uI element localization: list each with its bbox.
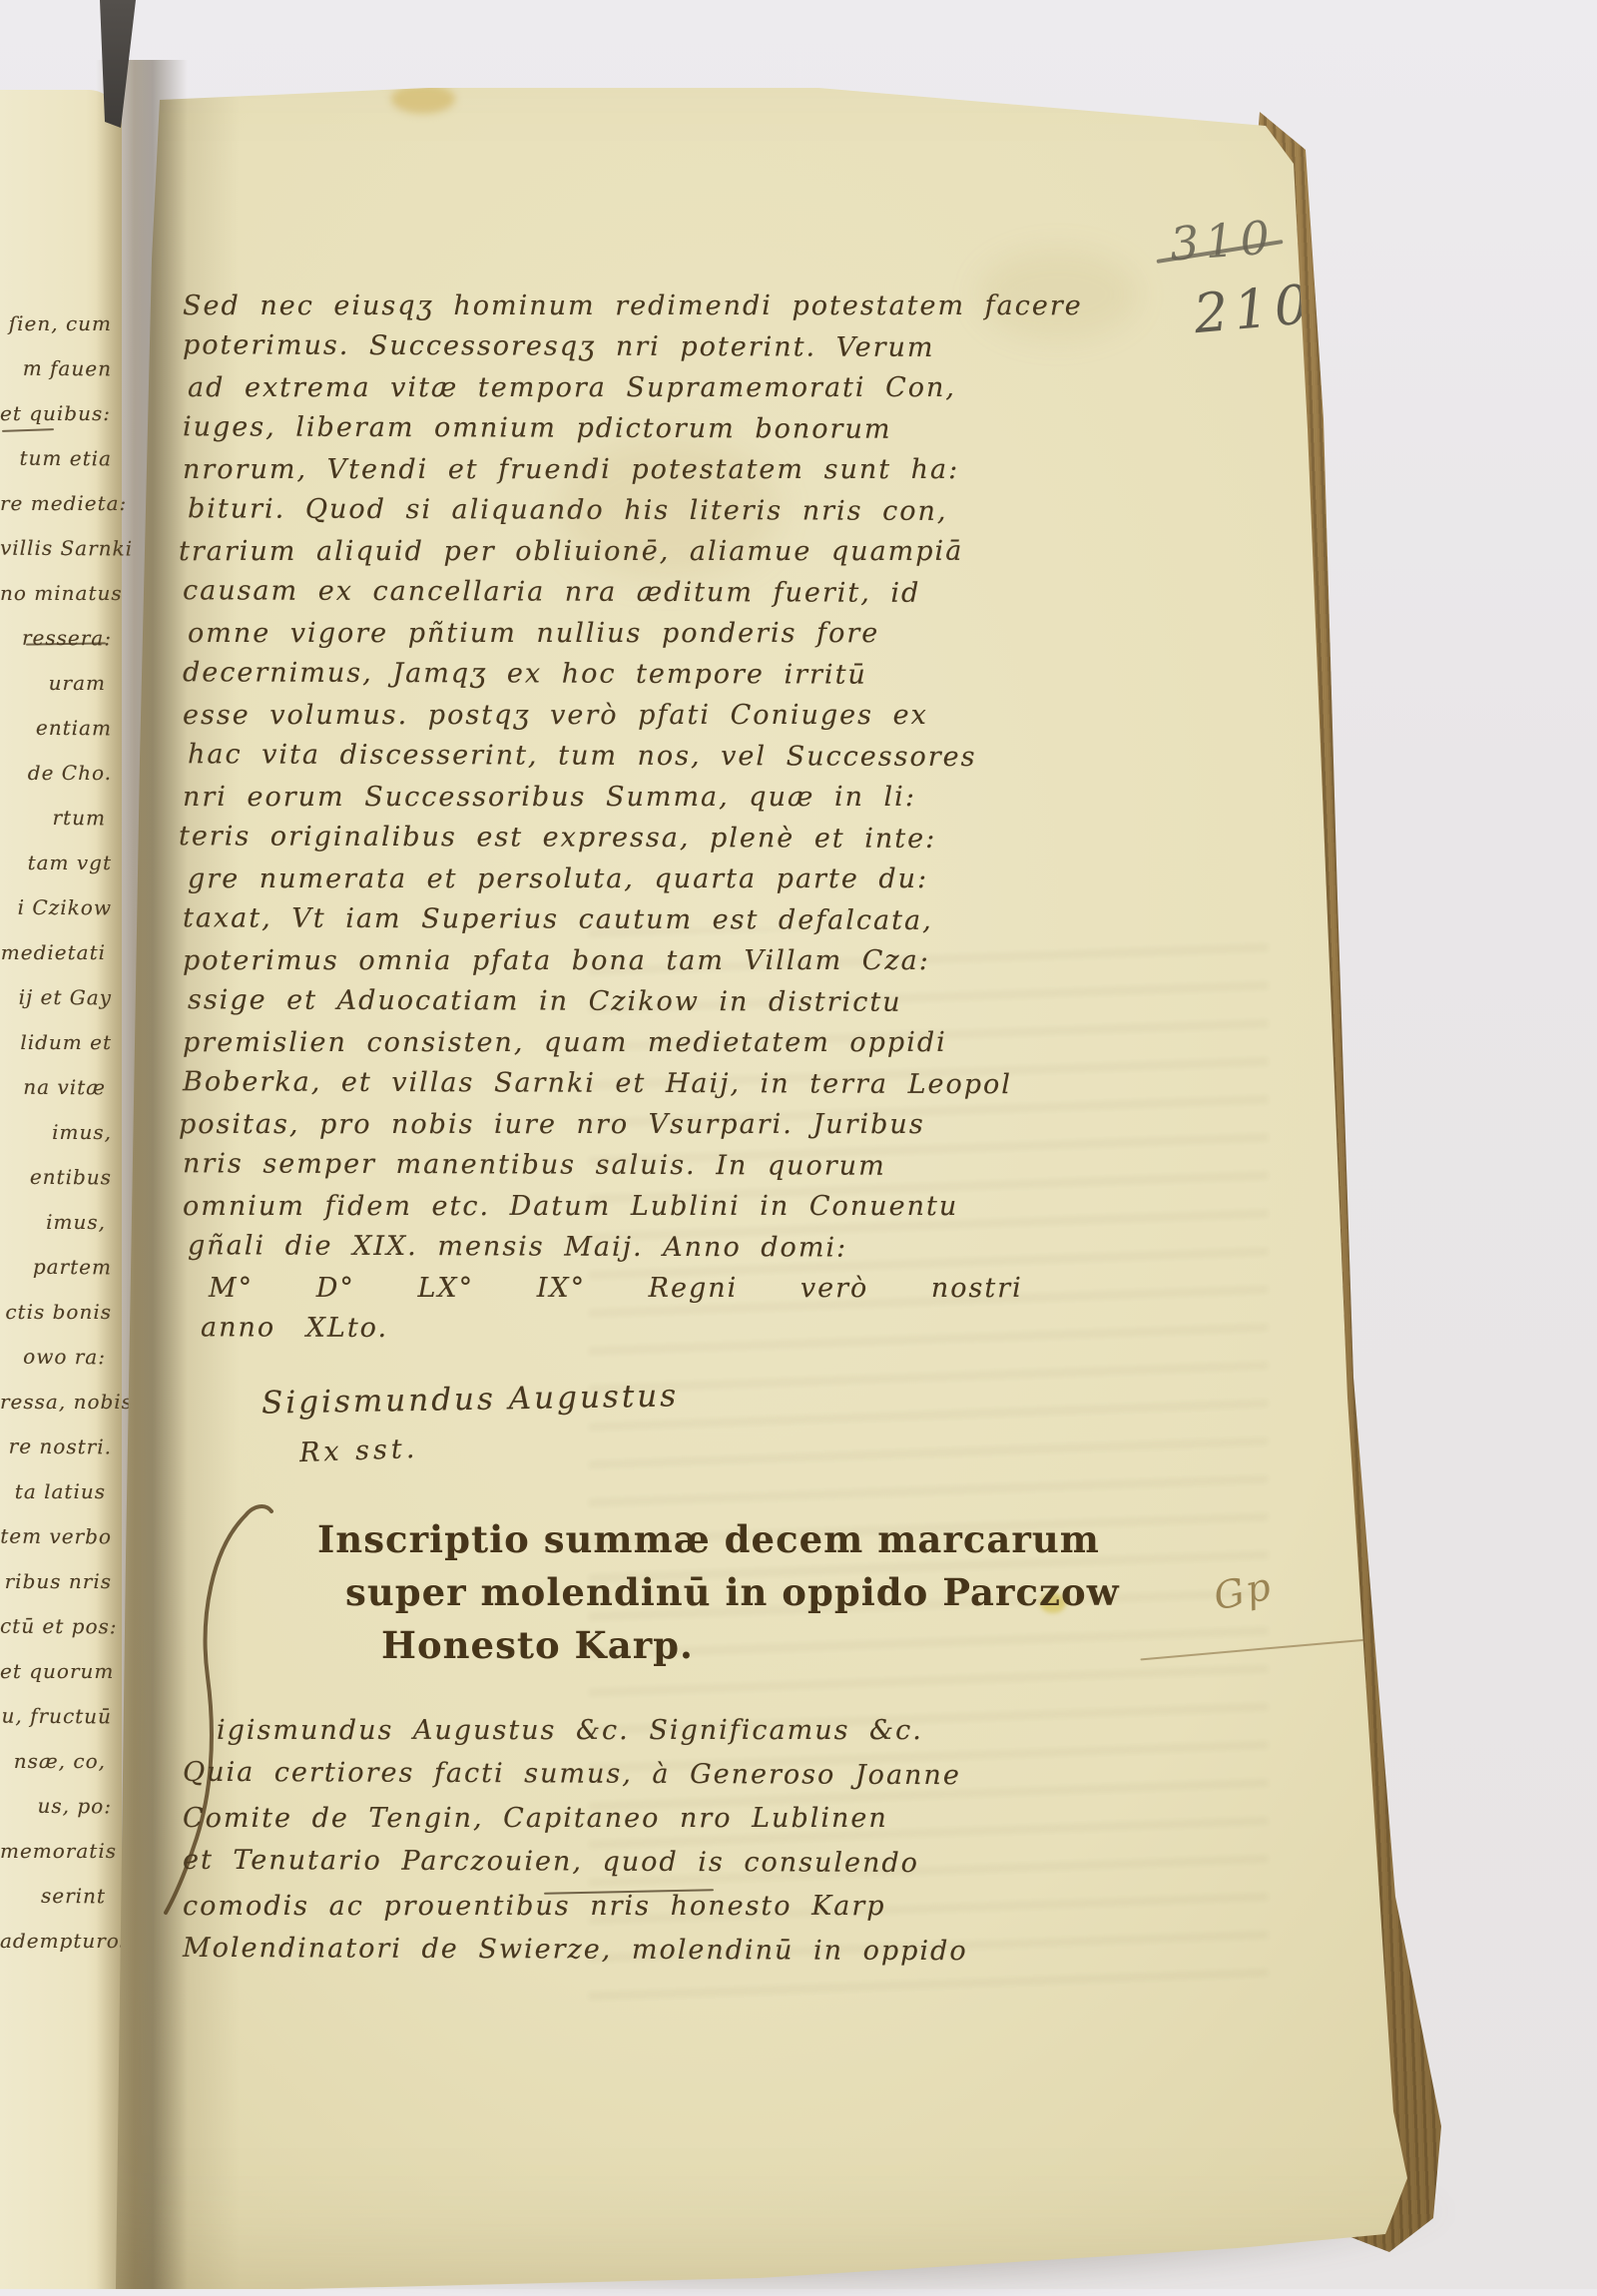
manuscript-photo: ſien, cumm fauenet quibus:tum etiare med…: [0, 0, 1597, 2289]
facing-page-fragment-32: u, fructuū: [0, 1694, 112, 1740]
entry1-line-23: omnium fidem etc. Datum Lublini in Conue…: [183, 1186, 1161, 1227]
entry2-heading-line-1: Inscriptio summæ decem marcarum: [317, 1513, 1120, 1566]
facing-page-fragment-18: na vitæ: [0, 1065, 112, 1111]
facing-page-fragment-14: i Czikow: [0, 885, 112, 931]
facing-page-fragment-31: et quorum: [0, 1649, 112, 1694]
facing-page-fragment-7: no minatus: [0, 571, 112, 616]
facing-page-fragment-23: ctis bonis: [0, 1290, 112, 1335]
entry1-line-13: nri eorum Successoribus Summa, quæ in li…: [183, 777, 1161, 818]
facing-page-fragment-2: m fauen: [0, 346, 112, 392]
entry1-line-17: poterimus omnia pfata bona tam Villam Cz…: [183, 940, 1161, 981]
facing-page-fragment-34: us, po:: [0, 1784, 112, 1830]
entry2-line-4: et Tenutario Parczouien, quod is consule…: [183, 1839, 1181, 1887]
facing-page-fragment-13: tam vgt: [0, 841, 112, 885]
entry1-line-11: esse volumus. postqʒ verò pfati Coniuges…: [183, 695, 1161, 736]
facing-page-fragment-6: villis Sarnki: [0, 526, 112, 572]
entry1-line-19: premislien consisten, quam medietatem op…: [183, 1022, 1161, 1063]
facing-page-fragment-29: ribus nris: [0, 1559, 112, 1604]
facing-page-fragment-10: entiam: [0, 706, 112, 752]
entry1-line-25: M° D° LX° IX° Regni verò nostri: [209, 1268, 1161, 1309]
entry1-line-24: gñali die XIX. mensis Maij. Anno domi:: [188, 1225, 1161, 1269]
facing-page-fragment-25: ressa, nobis: [0, 1380, 112, 1425]
facing-page-fragment-35: memoratis: [0, 1829, 112, 1874]
facing-page-fragment-36: serint: [0, 1874, 112, 1920]
facing-page-fragment-15: medietati: [0, 930, 112, 975]
facing-page-fragment-9: uram: [0, 661, 112, 706]
entry1-line-15: gre numerata et persoluta, quarta parte …: [188, 859, 1161, 899]
facing-page-fragment-22: partem: [0, 1245, 112, 1291]
facing-page-fragment-16: ij et Gay: [0, 975, 112, 1021]
entry1-line-2: poterimus. Successoresqʒ nri poterint. V…: [183, 324, 1161, 368]
entry2-line-2: Quia certiores facti sumus, à Generoso J…: [183, 1751, 1181, 1799]
facing-page-fragment-12: rtum: [0, 796, 112, 842]
entry1-line-9: omne vigore pñtium nullius ponderis fore: [188, 613, 1161, 654]
entry2-line-1: igismundus Augustus &c. Significamus &c.: [217, 1709, 1181, 1753]
entry2-line-6: Molendinatori de Swierze, molendinū in o…: [183, 1927, 1181, 1975]
entry1-line-14: teris originalibus est expressa, plenè e…: [179, 816, 1161, 860]
entry1-line-10: decernimus, Jamqʒ ex hoc tempore irritū: [183, 652, 1161, 696]
facing-page-fragment-33: nsæ, co,: [0, 1739, 112, 1784]
entry2-line-3: Comite de Tengin, Capitaneo nro Lublinen: [183, 1797, 1181, 1841]
royal-signature: Sigismundus Augustus: [262, 1378, 680, 1421]
facing-page-fragment-26: re nostri.: [0, 1425, 112, 1470]
entry1-line-20: Boberka, et villas Sarnki et Haij, in te…: [183, 1061, 1161, 1105]
entry1-line-21: positas, pro nobis iure nro Vsurpari. Ju…: [179, 1104, 1161, 1145]
entry2-heading-line-3: Honesto Karp.: [381, 1619, 1120, 1672]
facing-page-fragment-30: ctū et pos:: [0, 1604, 112, 1650]
facing-page-fragment-17: lidum et: [0, 1020, 112, 1065]
facing-page-fragment-4: tum etia: [0, 436, 112, 482]
manuscript-page: 310 210 Sed nec eiusqʒ hominum redimendi…: [0, 0, 1597, 2289]
facing-page-sliver: ſien, cumm fauenet quibus:tum etiare med…: [0, 90, 122, 2289]
facing-page-fragment-28: tem verbo: [0, 1514, 112, 1560]
signature-subscript: Rx sst.: [298, 1434, 418, 1468]
entry1-line-12: hac vita discesserint, tum nos, vel Succ…: [188, 734, 1161, 778]
page-stain: [391, 84, 455, 114]
entry2-heading: Inscriptio summæ decem marcarumsuper mol…: [317, 1513, 1120, 1672]
entry1-line-8: causam ex cancellaria nra æditum fuerit,…: [183, 570, 1161, 614]
old-folio-number: 310: [1168, 210, 1277, 271]
facing-page-fragment-20: entibus: [0, 1155, 112, 1201]
entry1-line-4: iuges, liberam omnium pdictorum bonorum: [183, 406, 1161, 450]
facing-page-fragment-21: imus,: [0, 1200, 112, 1245]
entry1-line-26: anno XLto.: [201, 1307, 1161, 1351]
entry1-line-5: nrorum, Vtendi et fruendi potestatem sun…: [183, 449, 1161, 490]
entry1-line-18: ssige et Aduocatiam in Czikow in distric…: [188, 979, 1161, 1023]
entry2-body-text: igismundus Augustus &c. Significamus &c.…: [183, 1709, 1181, 1973]
entry1-line-16: taxat, Vt iam Superius cautum est defalc…: [183, 897, 1161, 941]
facing-page-fragment-11: de Cho.: [0, 751, 112, 796]
facing-page-fragment-24: owo ra:: [0, 1335, 112, 1381]
entry1-line-3: ad extrema vitæ tempora Supramemorati Co…: [188, 367, 1161, 408]
entry1-line-7: trarium aliquid per obliuionē, aliamue q…: [179, 531, 1161, 572]
entry1-body-text: Sed nec eiusqʒ hominum redimendi potesta…: [183, 286, 1161, 1350]
facing-page-fragment-8: ressera:: [0, 616, 112, 662]
facing-page-fragment-27: ta latius: [0, 1469, 112, 1514]
facing-page-text-fragments: ſien, cumm fauenet quibus:tum etiare med…: [0, 301, 112, 1964]
facing-page-fragment-1: ſien, cum: [0, 301, 112, 346]
folio-number: 210: [1191, 273, 1317, 345]
facing-page-fragment-5: re medieta:: [0, 481, 112, 526]
entry2-heading-line-2: super molendinū in oppido Parczow: [345, 1566, 1120, 1619]
entry1-line-6: bituri. Quod si aliquando his literis nr…: [188, 488, 1161, 532]
facing-page-fragment-19: imus,: [0, 1110, 112, 1155]
facing-page-fragment-37: adempturos: [0, 1919, 112, 1964]
clerk-margin-stroke: [1140, 1636, 1400, 1661]
entry1-line-22: nris semper manentibus saluis. In quorum: [183, 1143, 1161, 1187]
entry1-line-1: Sed nec eiusqʒ hominum redimendi potesta…: [183, 286, 1161, 326]
clerk-margin-mark: Gp: [1210, 1563, 1277, 1618]
